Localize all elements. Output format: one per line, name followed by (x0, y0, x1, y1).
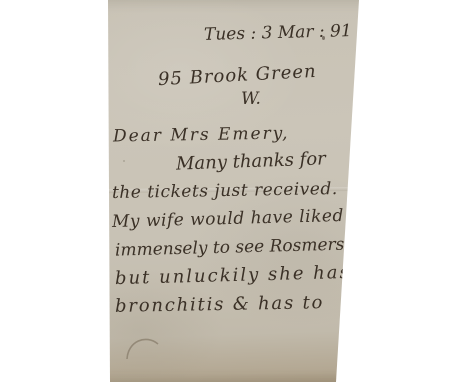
date-line: Tues : 3 Mar : 91 (204, 22, 352, 45)
body-line: My wife would have liked (112, 207, 344, 232)
address-line-2: W. (241, 90, 261, 109)
letter-paper: Tues : 3 Mar : 91 95 Brook Green W. Dear… (0, 0, 468, 382)
paper-speck (123, 160, 125, 162)
faint-ink-arc (124, 332, 164, 364)
body-line: immensely to see Rosmersholm, (115, 234, 393, 260)
address-line-1: 95 Brook Green (158, 62, 317, 90)
body-line: the tickets just received. (112, 180, 338, 203)
body-line: bronchitis & has to (115, 293, 325, 316)
salutation-line: Dear Mrs Emery, (113, 124, 290, 146)
letter-photograph: Tues : 3 Mar : 91 95 Brook Green W. Dear… (0, 0, 468, 382)
paper-speck (322, 36, 325, 40)
body-line: Many thanks for (176, 149, 326, 174)
body-line: but unluckily she has (115, 263, 351, 289)
